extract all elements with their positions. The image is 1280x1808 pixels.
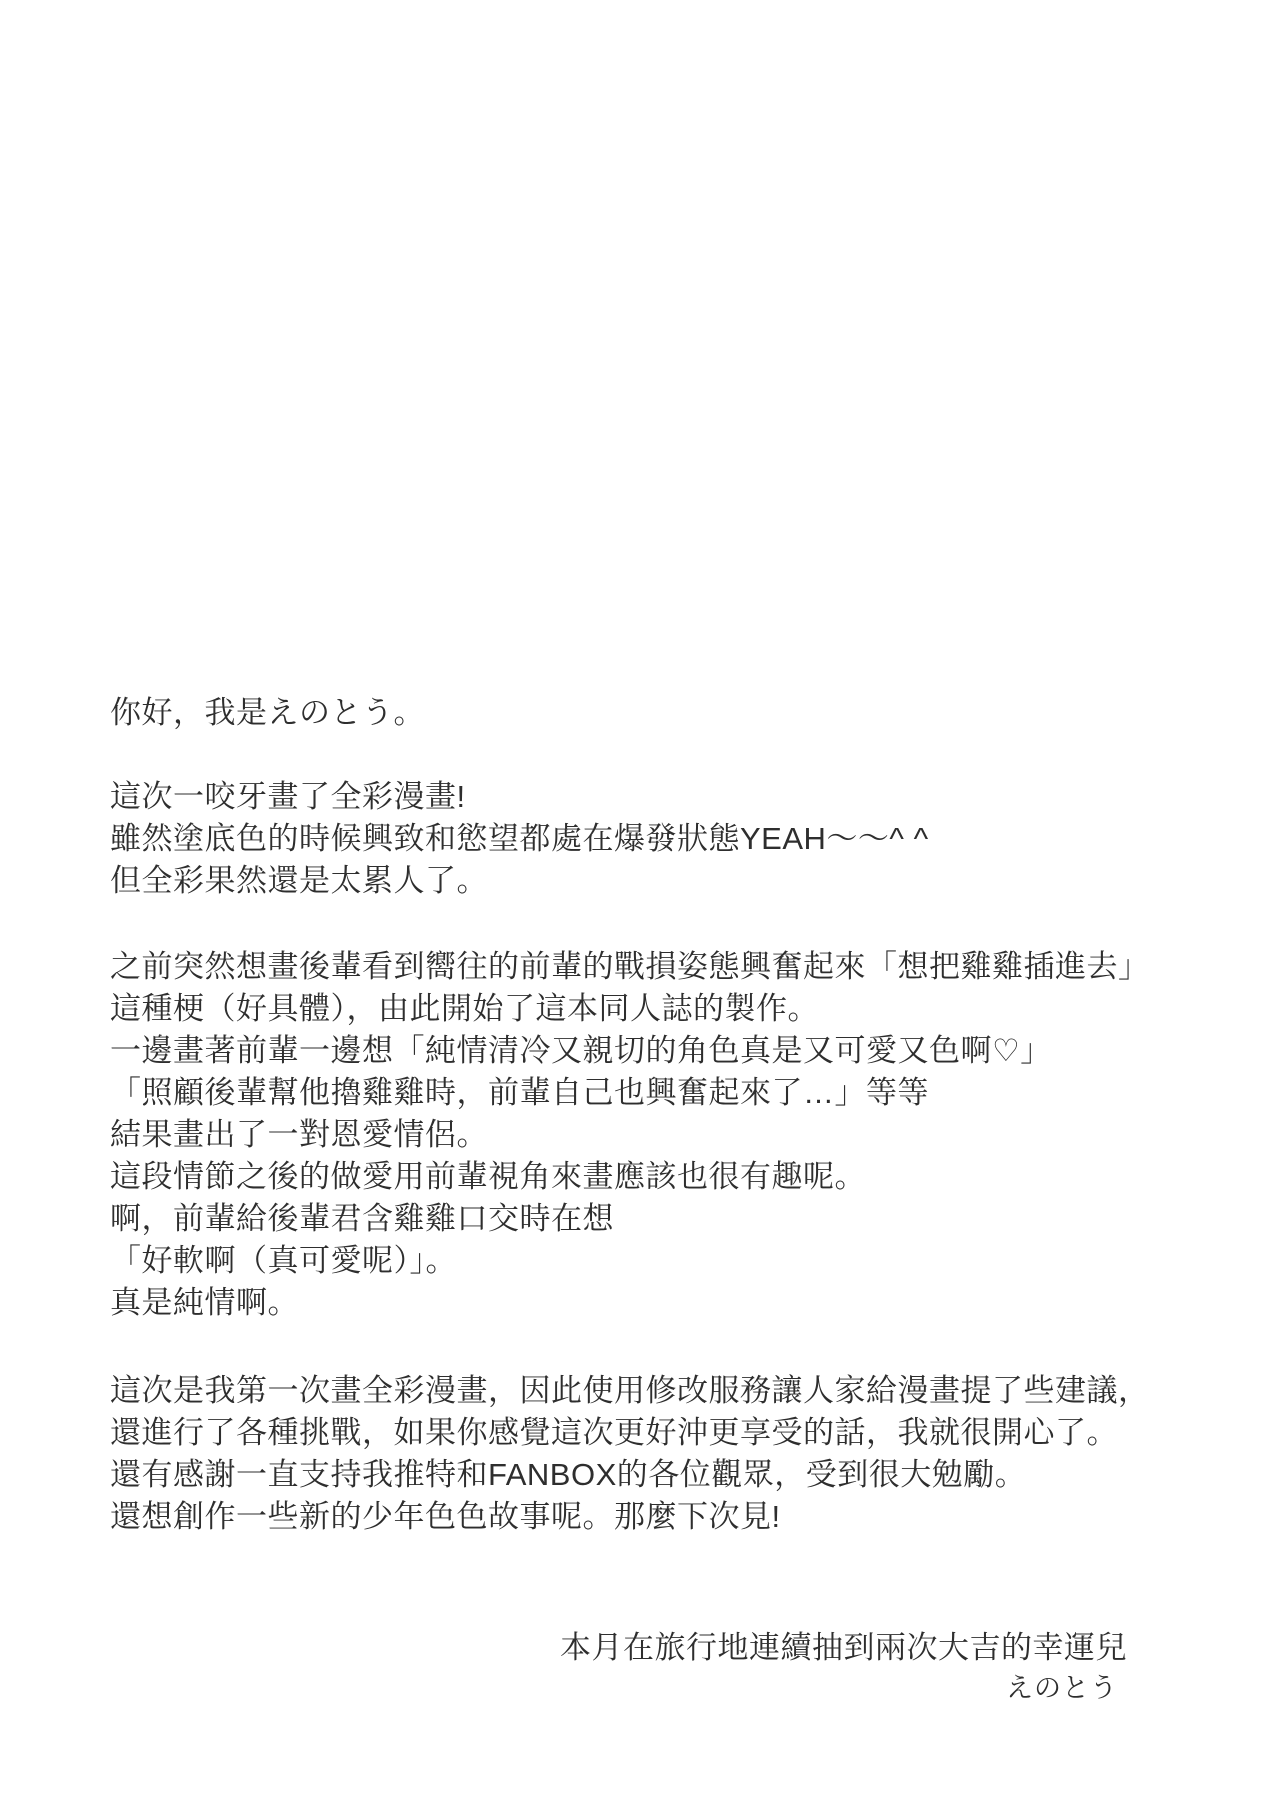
closing-note: 本月在旅行地連續抽到兩次大吉的幸運兒 xyxy=(560,1627,1127,1669)
text-line: 還有感謝一直支持我推特和FANBOX的各位觀眾，受到很大勉勵。 xyxy=(110,1454,1150,1496)
text-line: 雖然塗底色的時候興致和慾望都處在爆發狀態YEAH～～^ ^ xyxy=(110,818,929,860)
closing-note-line: 本月在旅行地連續抽到兩次大吉的幸運兒 xyxy=(560,1627,1127,1669)
text-line: 這段情節之後的做愛用前輩視角來畫應該也很有趣呢。 xyxy=(110,1156,1150,1198)
text-line: 「照顧後輩幫他擼雞雞時，前輩自己也興奮起來了…」等等 xyxy=(110,1072,1150,1114)
paragraph-production-notes: 之前突然想畫後輩看到嚮往的前輩的戰損姿態興奮起來「想把雞雞插進去」 這種梗（好具… xyxy=(110,946,1150,1324)
text-line: 啊，前輩給後輩君含雞雞口交時在想 xyxy=(110,1198,1150,1240)
greeting-line: 你好，我是えのとう。 xyxy=(110,692,425,734)
text-line: 「好軟啊（真可愛呢）」。 xyxy=(110,1240,1150,1282)
text-line: 這種梗（好具體），由此開始了這本同人誌的製作。 xyxy=(110,988,1150,1030)
text-line: 之前突然想畫後輩看到嚮往的前輩的戰損姿態興奮起來「想把雞雞插進去」 xyxy=(110,946,1150,988)
afterword-page: 你好，我是えのとう。 這次一咬牙畫了全彩漫畫! 雖然塗底色的時候興致和慾望都處在… xyxy=(0,0,1280,1808)
paragraph-thanks: 這次是我第一次畫全彩漫畫，因此使用修改服務讓人家給漫畫提了些建議， 還進行了各種… xyxy=(110,1370,1150,1538)
text-line: 這次是我第一次畫全彩漫畫，因此使用修改服務讓人家給漫畫提了些建議， xyxy=(110,1370,1150,1412)
text-line: 但全彩果然還是太累人了。 xyxy=(110,860,929,902)
artist-signature: えのとう xyxy=(1006,1668,1118,1710)
text-line: 結果畫出了一對恩愛情侶。 xyxy=(110,1114,1150,1156)
text-line: 還進行了各種挑戰，如果你感覺這次更好沖更享受的話，我就很開心了。 xyxy=(110,1412,1150,1454)
text-line: 還想創作一些新的少年色色故事呢。那麼下次見! xyxy=(110,1496,1150,1538)
text-line: 一邊畫著前輩一邊想「純情清冷又親切的角色真是又可愛又色啊♡」 xyxy=(110,1030,1150,1072)
text-line: 這次一咬牙畫了全彩漫畫! xyxy=(110,776,929,818)
paragraph-fullcolor-intro: 這次一咬牙畫了全彩漫畫! 雖然塗底色的時候興致和慾望都處在爆發狀態YEAH～～^… xyxy=(110,776,929,902)
text-line: 真是純情啊。 xyxy=(110,1282,1150,1324)
greeting-paragraph: 你好，我是えのとう。 xyxy=(110,692,425,734)
